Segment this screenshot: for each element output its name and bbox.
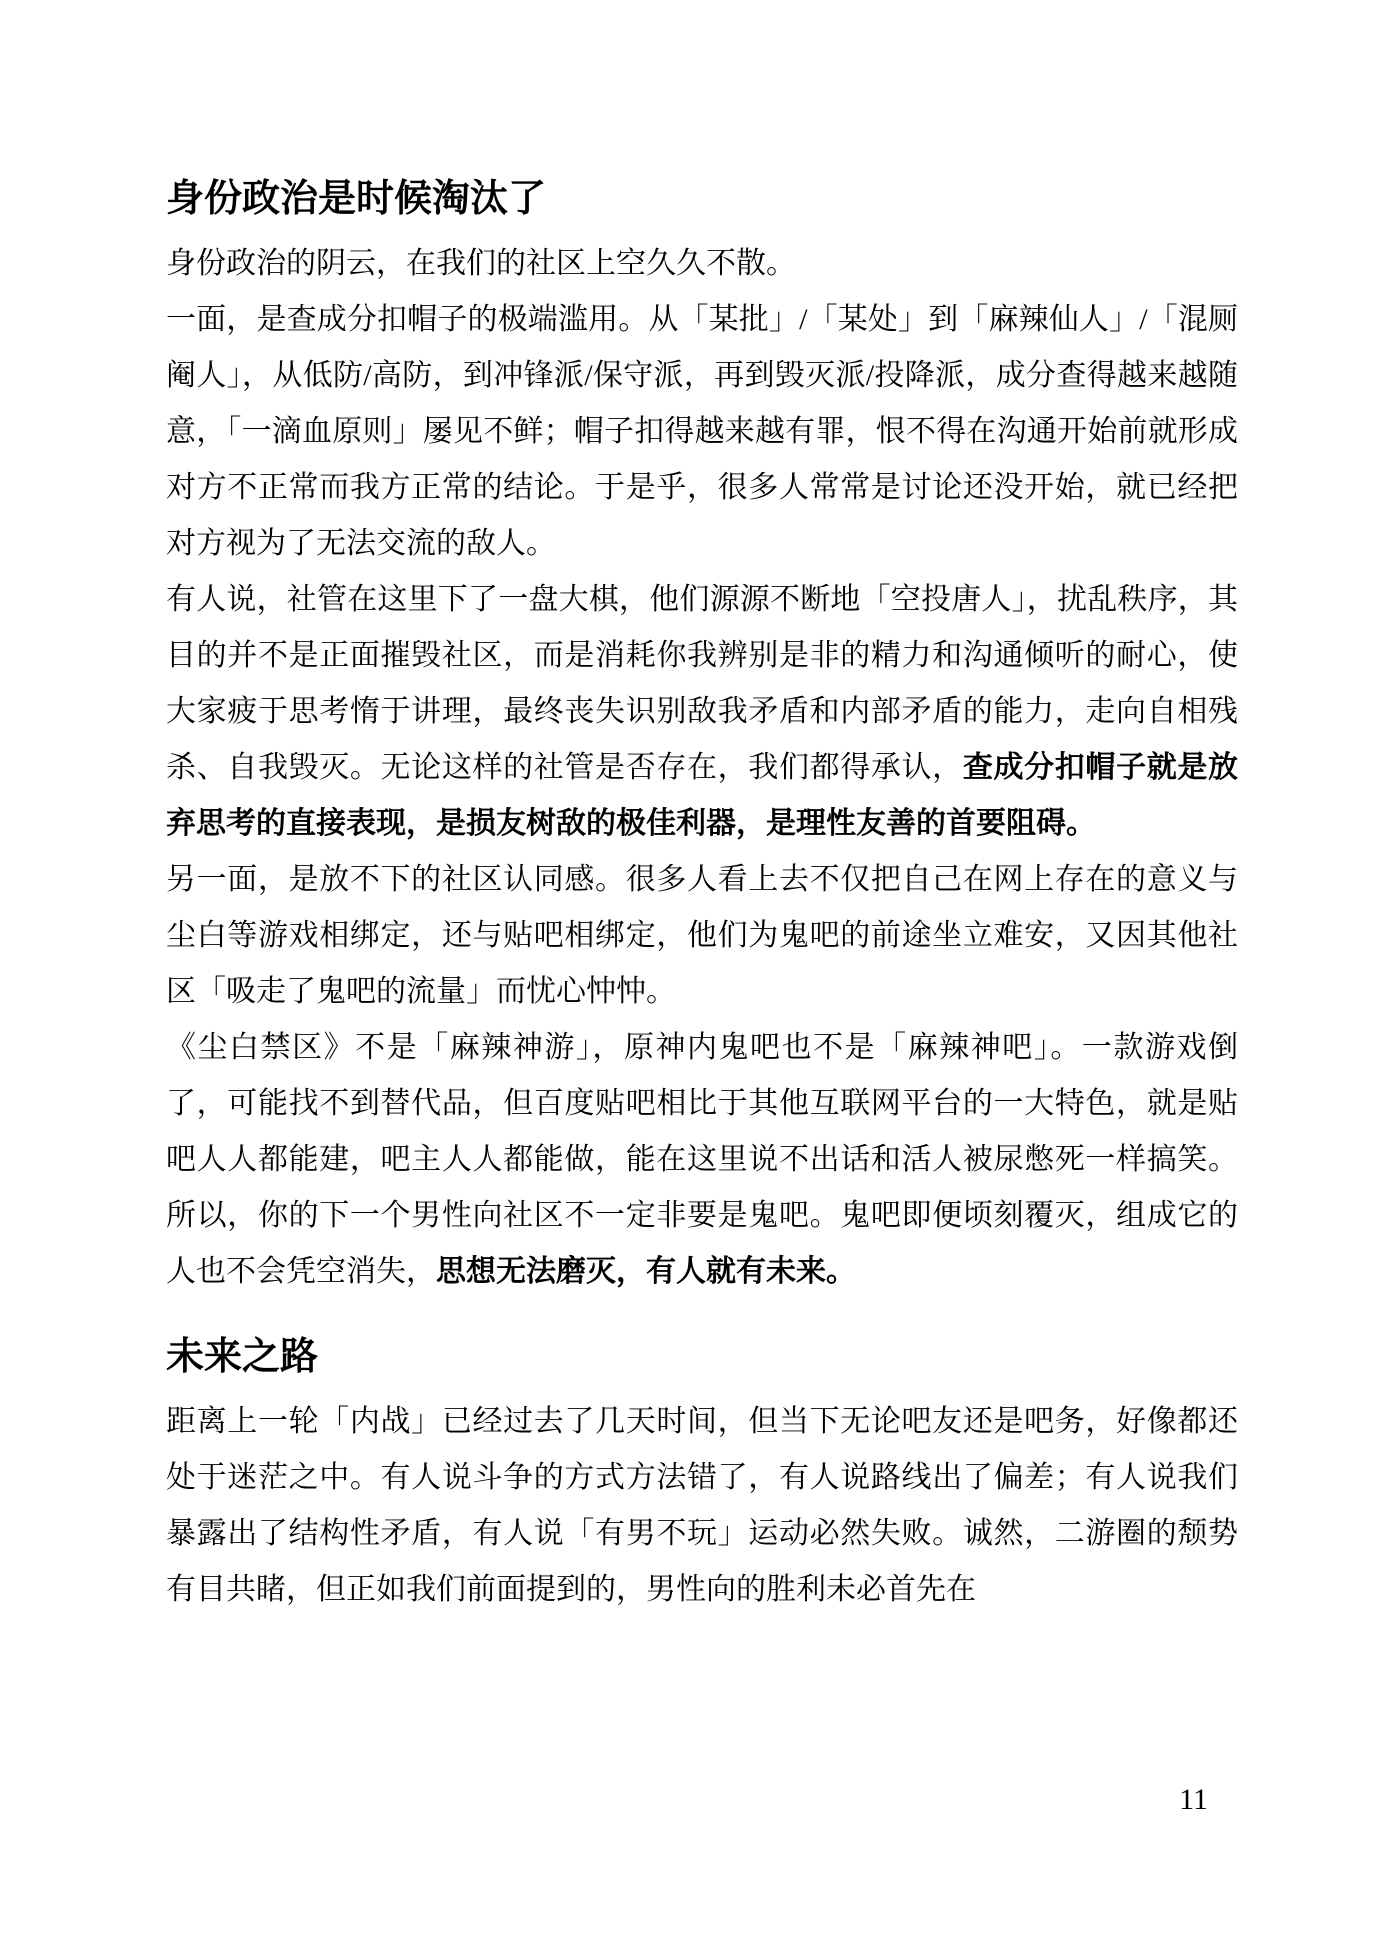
text-run: 距离上一轮「内战」已经过去了几天时间，但当下无论吧友还是吧务，好像都还处于迷茫之… bbox=[166, 1405, 1238, 1606]
article-body: 身份政治是时候淘汰了身份政治的阴云，在我们的社区上空久久不散。一面，是查成分扣帽… bbox=[166, 176, 1238, 1618]
paragraph: 距离上一轮「内战」已经过去了几天时间，但当下无论吧友还是吧务，好像都还处于迷茫之… bbox=[166, 1394, 1238, 1618]
section-heading: 未来之路 bbox=[166, 1334, 1238, 1380]
paragraph: 另一面，是放不下的社区认同感。很多人看上去不仅把自己在网上存在的意义与尘白等游戏… bbox=[166, 852, 1238, 1020]
article-section-1: 身份政治是时候淘汰了身份政治的阴云，在我们的社区上空久久不散。一面，是查成分扣帽… bbox=[166, 176, 1238, 1300]
text-run: 身份政治的阴云，在我们的社区上空久久不散。 bbox=[166, 247, 796, 280]
paragraph: 有人说，社管在这里下了一盘大棋，他们源源不断地「空投唐人」，扰乱秩序，其目的并不… bbox=[166, 572, 1238, 852]
paragraph: 身份政治的阴云，在我们的社区上空久久不散。 bbox=[166, 236, 1238, 292]
text-run: 一面，是查成分扣帽子的极端滥用。从「某批」/「某处」到「麻辣仙人」/「混厕阉人」… bbox=[166, 303, 1238, 560]
page-number: 11 bbox=[1179, 1782, 1208, 1818]
text-run: 另一面，是放不下的社区认同感。很多人看上去不仅把自己在网上存在的意义与尘白等游戏… bbox=[166, 863, 1238, 1008]
bold-text-run: 思想无法磨灭，有人就有未来。 bbox=[436, 1255, 856, 1288]
section-heading: 身份政治是时候淘汰了 bbox=[166, 176, 1238, 222]
paragraph: 一面，是查成分扣帽子的极端滥用。从「某批」/「某处」到「麻辣仙人」/「混厕阉人」… bbox=[166, 292, 1238, 572]
text-run: 《尘白禁区》不是「麻辣神游」，原神内鬼吧也不是「麻辣神吧」。一款游戏倒了，可能找… bbox=[166, 1031, 1238, 1288]
article-section-2: 未来之路距离上一轮「内战」已经过去了几天时间，但当下无论吧友还是吧务，好像都还处… bbox=[166, 1334, 1238, 1618]
paragraph: 《尘白禁区》不是「麻辣神游」，原神内鬼吧也不是「麻辣神吧」。一款游戏倒了，可能找… bbox=[166, 1020, 1238, 1300]
document-page: 身份政治是时候淘汰了身份政治的阴云，在我们的社区上空久久不散。一面，是查成分扣帽… bbox=[0, 0, 1375, 1942]
